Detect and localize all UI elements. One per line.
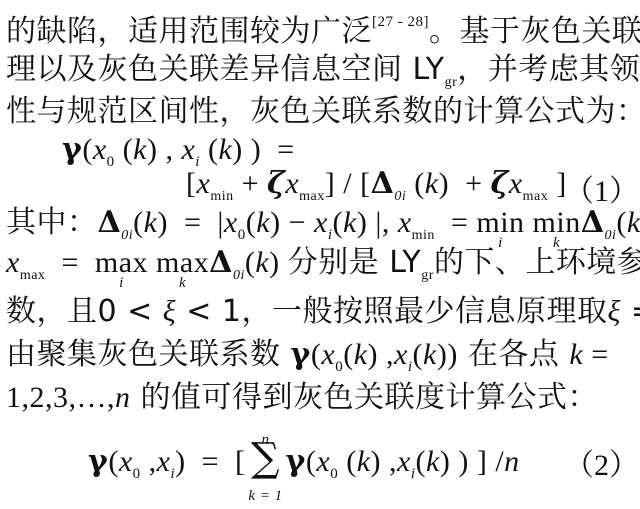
equation-number-2: （2） [564, 440, 639, 484]
line1-tail: 。基于灰色关联公 [429, 14, 640, 49]
line2-sub: gr [445, 75, 458, 90]
text-line-5: 由聚集灰色关联系数 γ(x0(k) ,xi(k)) 在各点 k = [6, 337, 609, 385]
text-line-4: 数，且0 < ξ < 1，一般按照最少信息原理取ξ = 0. 5。 [6, 294, 640, 330]
equation-number-1: （1） [564, 166, 639, 210]
formula-2: γ(x0 ,xi) = [n∑k = 1γ(x0 (k) ,xi(k) ) ] … [88, 440, 520, 492]
min-i: mini [476, 205, 524, 241]
gamma-symbol: γ [62, 132, 82, 167]
line2-tail: ，并考虑其领域 [457, 52, 640, 87]
summation: n∑k = 1 [246, 440, 286, 480]
line3-text: 性与规范区间性，灰色关联系数的计算公式为： [6, 94, 640, 129]
min-k: mink [533, 205, 581, 241]
line1-text: 的缺陷，适用范围较为广泛 [6, 14, 372, 49]
where-line-2: xmax = maxi maxkΔ0i(k) 分别是 LYgr的下、上环境参 [6, 245, 640, 294]
text-line-1: 的缺陷，适用范围较为广泛[27 - 28]。基于灰色关联公 [6, 8, 640, 50]
max-i: maxi [95, 245, 148, 281]
citation: [27 - 28] [372, 14, 429, 30]
line2-text: 理以及灰色关联差异信息空间 LY [6, 52, 445, 87]
text-line-6: 1,2,3,…,n 的值可得到灰色关联度计算公式： [6, 380, 598, 416]
text-line-3: 性与规范区间性，灰色关联系数的计算公式为： [6, 94, 640, 130]
max-k: maxk [156, 245, 209, 281]
